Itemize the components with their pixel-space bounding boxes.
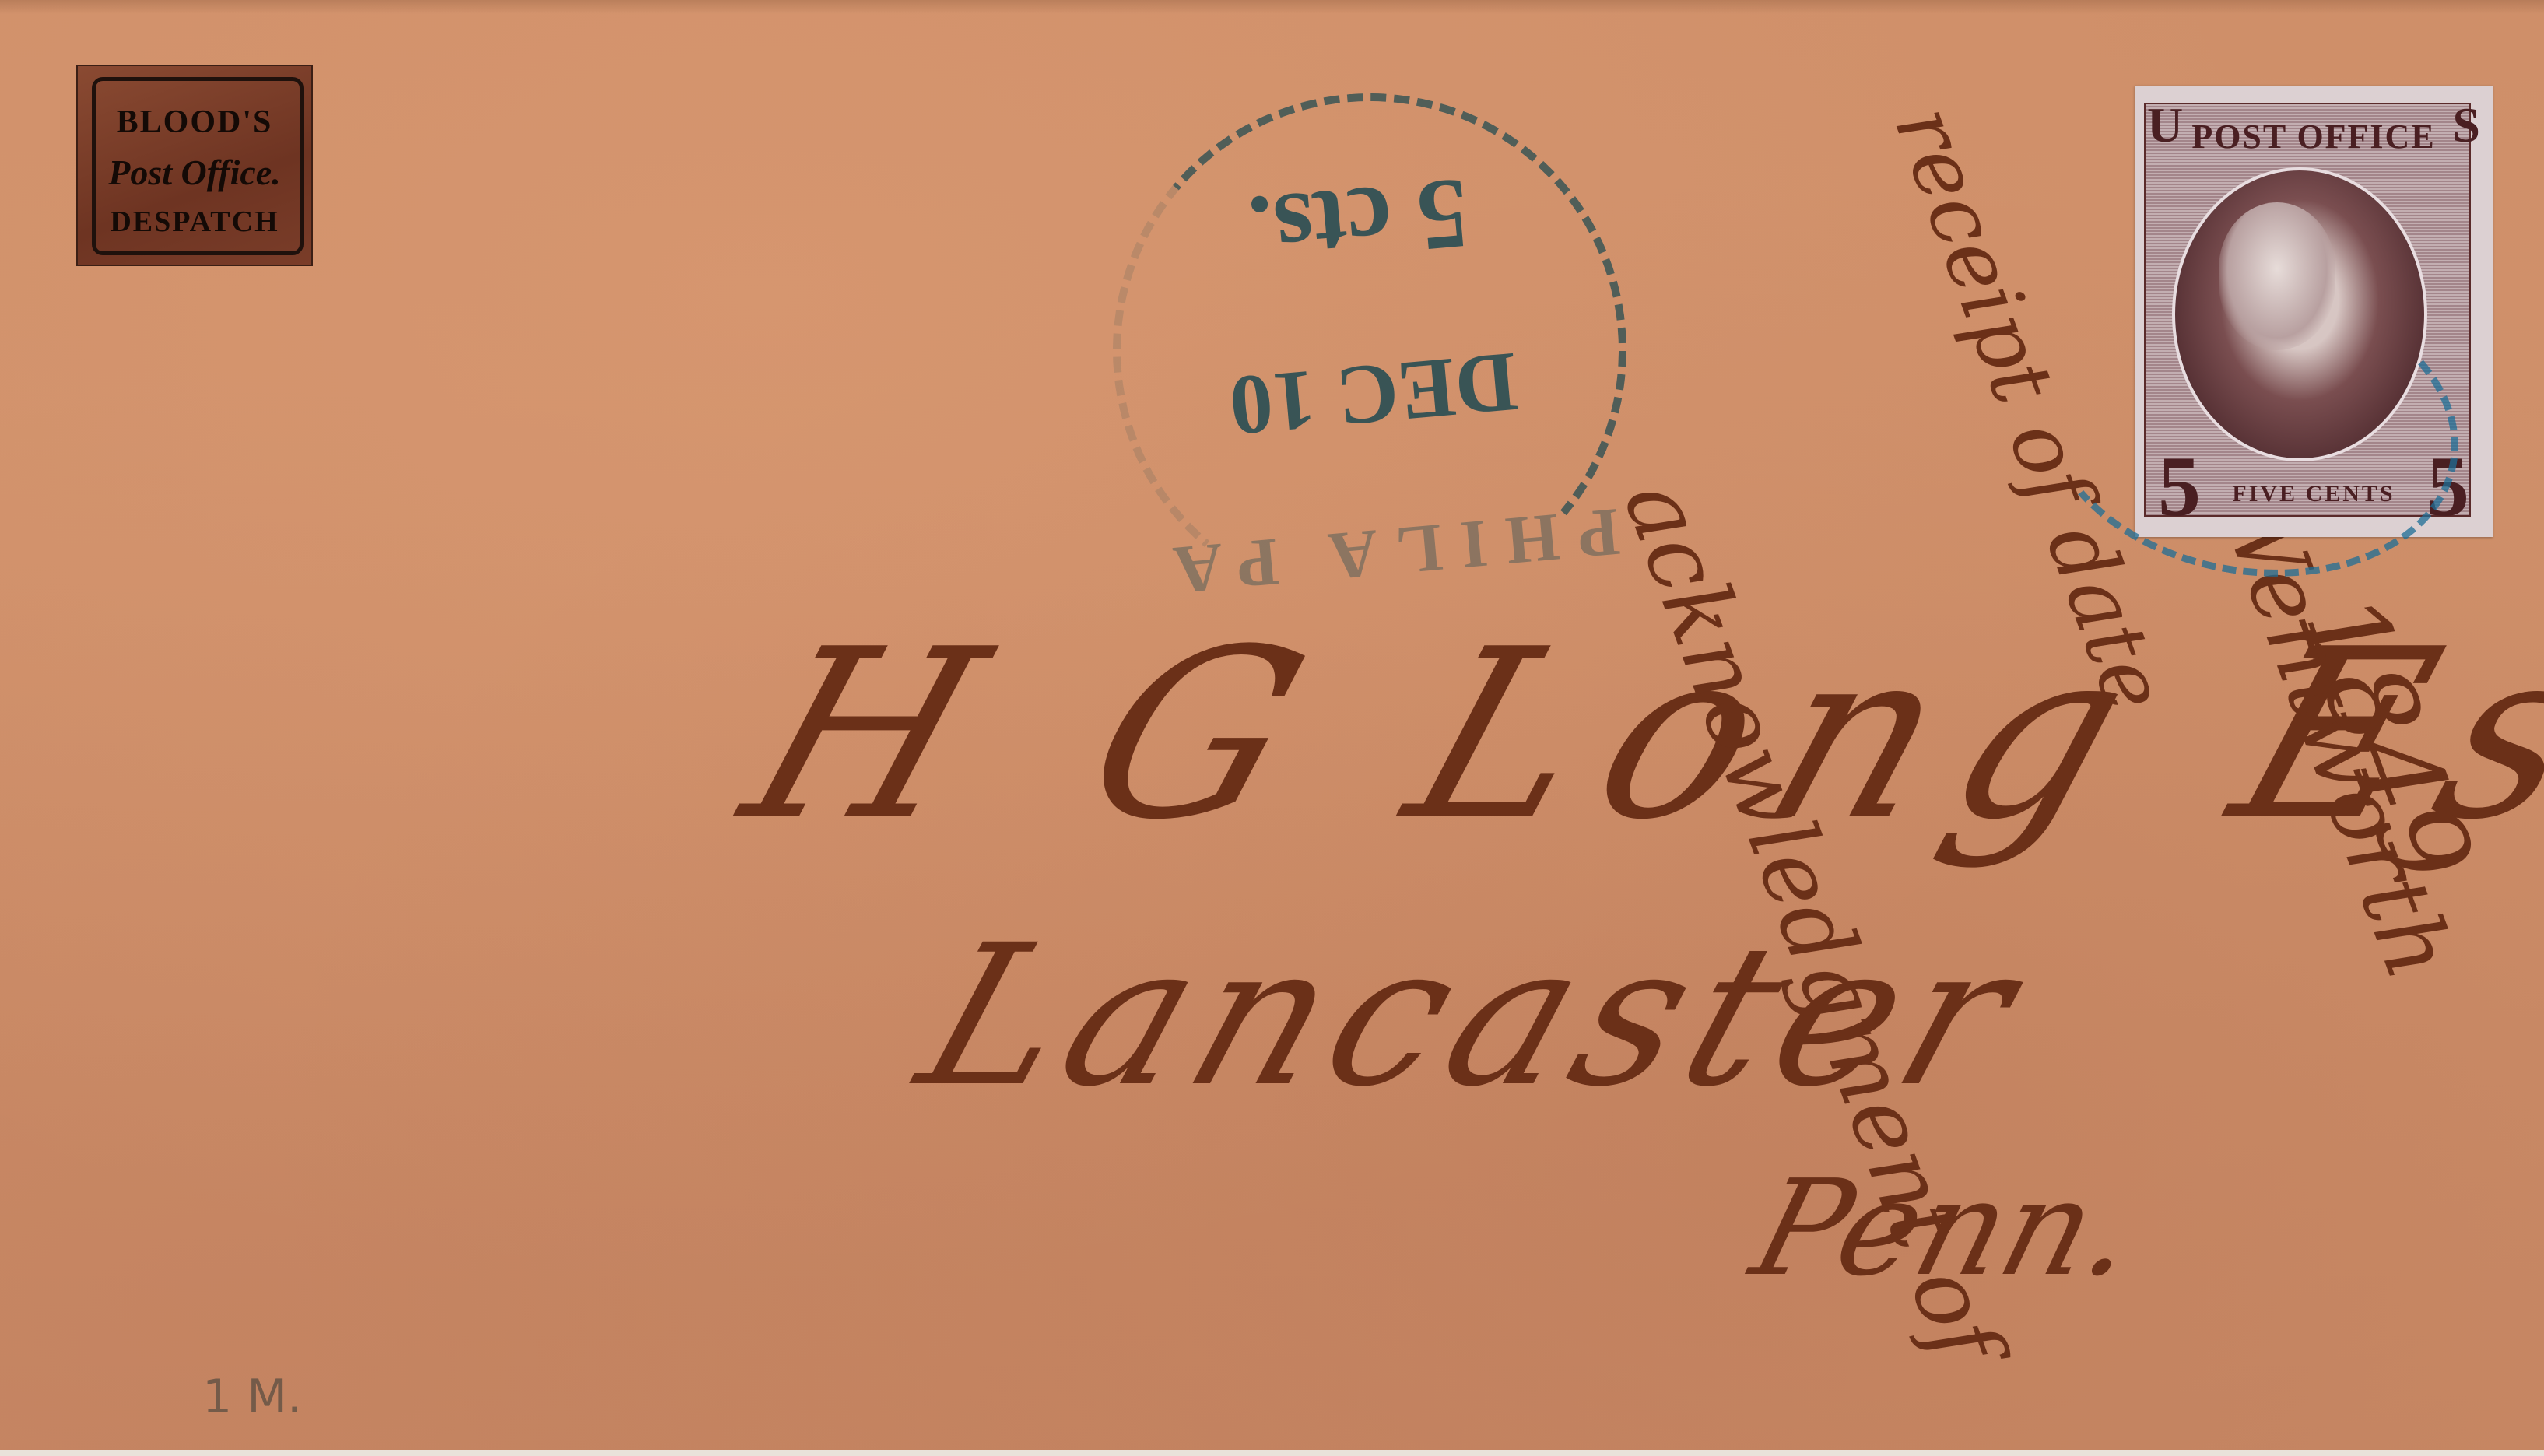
label-line-1: BLOOD'S xyxy=(78,103,311,141)
top-edge xyxy=(0,0,2544,14)
bottom-edge xyxy=(0,1450,2544,1456)
stamp-top-text: POST OFFICE xyxy=(2135,117,2493,156)
pencil-notation: 1 M. xyxy=(202,1370,302,1424)
label-line-3: DESPATCH xyxy=(78,205,311,239)
bloods-despatch-label: BLOOD'S Post Office. DESPATCH xyxy=(78,66,311,265)
circular-datestamp: PHILA PA DEC 10 5 cts. xyxy=(1091,72,1647,628)
envelope-cover: BLOOD'S Post Office. DESPATCH PHILA PA D… xyxy=(0,0,2544,1456)
label-line-2: Post Office. xyxy=(78,152,311,193)
franklin-5c-stamp: U S POST OFFICE FIVE CENTS 5 5 xyxy=(2135,86,2493,537)
